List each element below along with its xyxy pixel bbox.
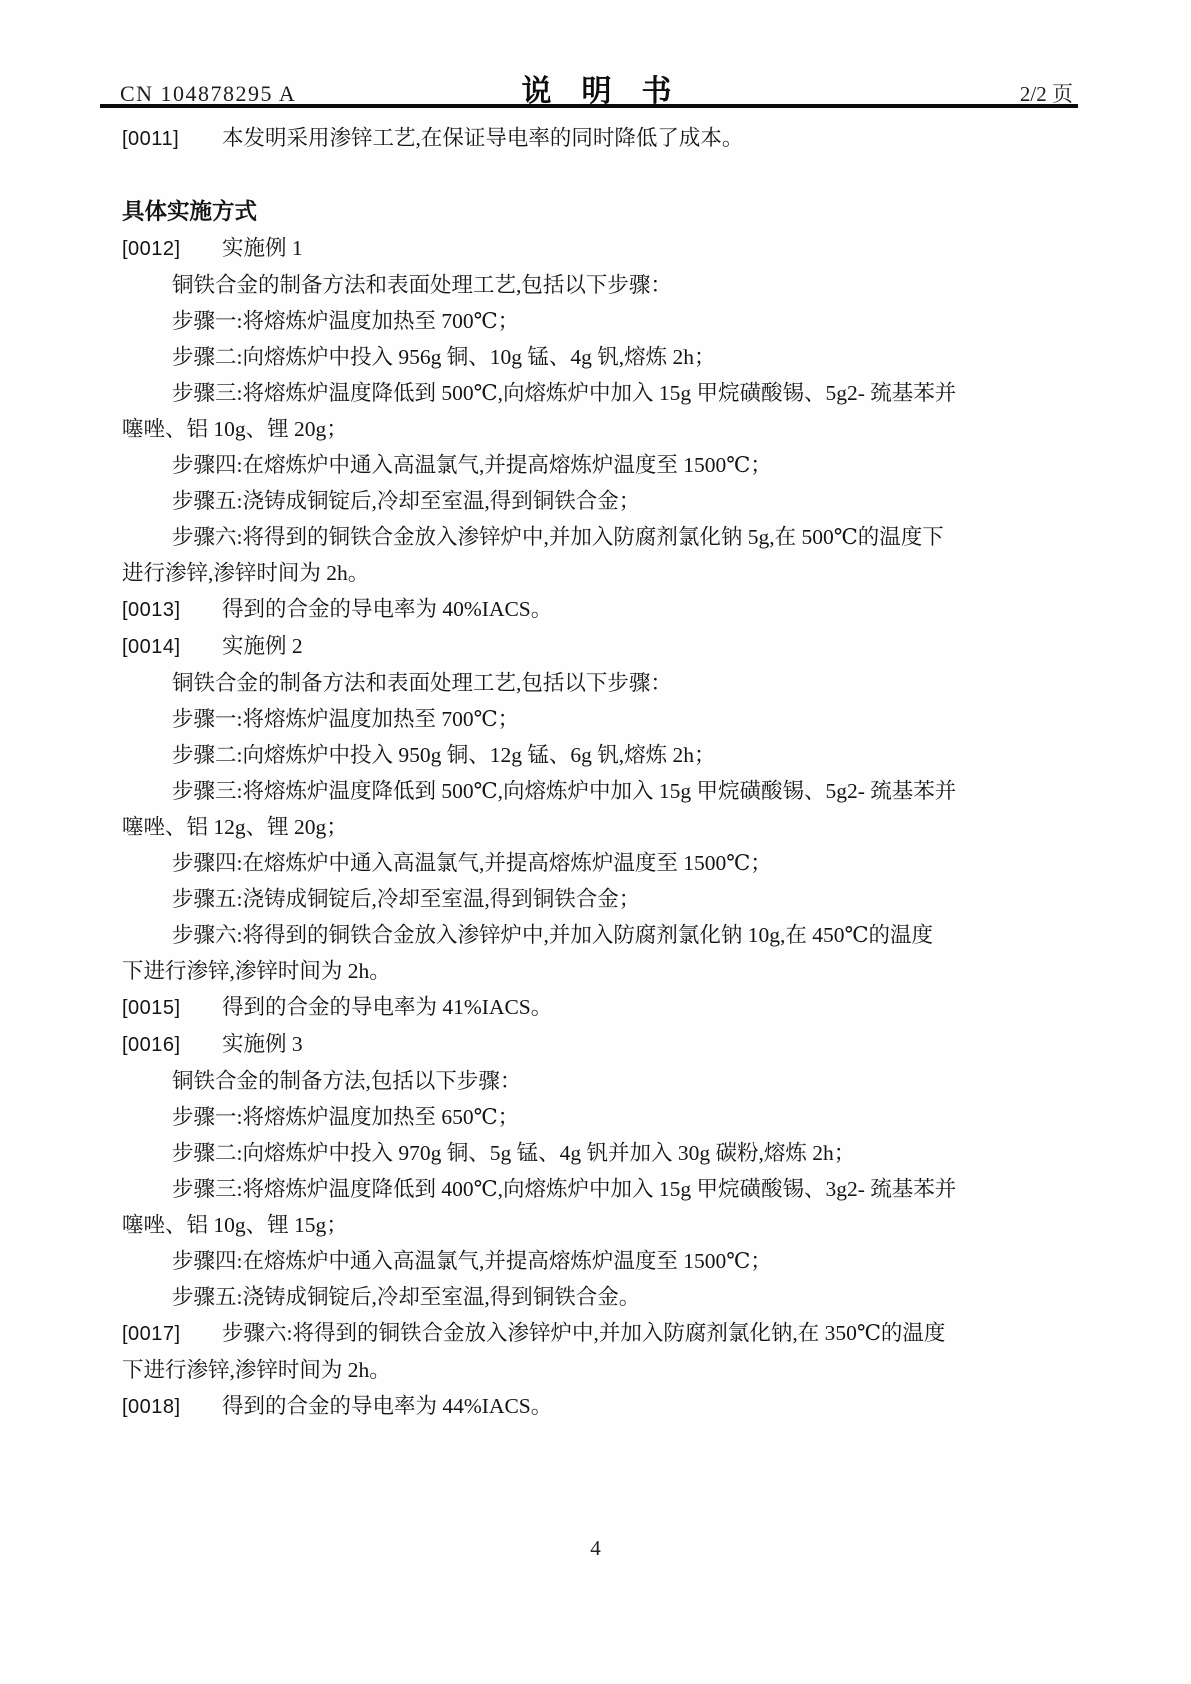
line-text: 步骤五:浇铸成铜锭后,冷却至室温,得到铜铁合金。 [172,1285,640,1309]
line-text: 步骤三:将熔炼炉温度降低到 500℃,向熔炼炉中加入 15g 甲烷磺酸锡、5g2… [172,779,956,803]
text-line: 下进行渗锌,渗锌时间为 2h。 [122,1352,1077,1388]
line-text: 步骤二:向熔炼炉中投入 970g 铜、5g 锰、4g 钒并加入 30g 碳粉,熔… [172,1141,855,1165]
patent-page: CN 104878295 A 说 明 书 2/2 页 [0011]本发明采用渗锌… [0,0,1191,1684]
text-line: 步骤六:将得到的铜铁合金放入渗锌炉中,并加入防腐剂氯化钠 10g,在 450℃的… [122,917,1077,953]
line-text: 步骤四:在熔炼炉中通入高温氯气,并提高熔炼炉温度至 1500℃； [172,851,772,875]
text-line: [0012]实施例 1 [122,230,1077,267]
text-line: 步骤四:在熔炼炉中通入高温氯气,并提高熔炼炉温度至 1500℃； [122,845,1077,881]
text-line: 步骤四:在熔炼炉中通入高温氯气,并提高熔炼炉温度至 1500℃； [122,447,1077,483]
line-text: 步骤三:将熔炼炉温度降低到 400℃,向熔炼炉中加入 15g 甲烷磺酸锡、3g2… [172,1177,956,1201]
line-text: 得到的合金的导电率为 44%IACS。 [222,1394,552,1418]
line-text: 步骤一:将熔炼炉温度加热至 700℃； [172,309,519,333]
text-line: 噻唑、铝 10g、锂 15g； [122,1207,1077,1243]
text-line: 下进行渗锌,渗锌时间为 2h。 [122,953,1077,989]
text-line: 步骤五:浇铸成铜锭后,冷却至室温,得到铜铁合金； [122,483,1077,519]
paragraph-number: [0013] [122,592,222,628]
text-line: 步骤二:向熔炼炉中投入 956g 铜、10g 锰、4g 钒,熔炼 2h； [122,339,1077,375]
line-text: 步骤一:将熔炼炉温度加热至 650℃； [172,1105,519,1129]
line-text: 铜铁合金的制备方法,包括以下步骤： [172,1069,521,1093]
line-text: 得到的合金的导电率为 40%IACS。 [222,597,552,621]
paragraph-number: [0017] [122,1316,222,1352]
text-line: 铜铁合金的制备方法和表面处理工艺,包括以下步骤： [122,665,1077,701]
line-text: 噻唑、铝 10g、锂 15g； [122,1213,348,1237]
paragraph-number: [0016] [122,1027,222,1063]
line-text: 步骤二:向熔炼炉中投入 950g 铜、12g 锰、6g 钒,熔炼 2h； [172,743,715,767]
line-text: 实施例 2 [222,634,303,658]
text-line: [0017]步骤六:将得到的铜铁合金放入渗锌炉中,并加入防腐剂氯化钠,在 350… [122,1315,1077,1352]
text-line: 噻唑、铝 12g、锂 20g； [122,809,1077,845]
text-line: 步骤六:将得到的铜铁合金放入渗锌炉中,并加入防腐剂氯化钠 5g,在 500℃的温… [122,519,1077,555]
section-heading: 具体实施方式 [122,194,1077,230]
text-line: [0015]得到的合金的导电率为 41%IACS。 [122,989,1077,1026]
text-line: 铜铁合金的制备方法和表面处理工艺,包括以下步骤： [122,267,1077,303]
line-text: 噻唑、铝 10g、锂 20g； [122,417,348,441]
line-text: 下进行渗锌,渗锌时间为 2h。 [122,1358,391,1382]
text-line: 步骤二:向熔炼炉中投入 950g 铜、12g 锰、6g 钒,熔炼 2h； [122,737,1077,773]
line-text: 步骤六:将得到的铜铁合金放入渗锌炉中,并加入防腐剂氯化钠 5g,在 500℃的温… [172,525,944,549]
paragraph-number: [0018] [122,1389,222,1425]
line-text: 步骤一:将熔炼炉温度加热至 700℃； [172,707,519,731]
paragraph-number: [0012] [122,231,222,267]
paragraph-number: [0015] [122,990,222,1026]
paragraph-number: [0011] [122,121,222,157]
line-text: 本发明采用渗锌工艺,在保证导电率的同时降低了成本。 [222,126,743,150]
line-text: 噻唑、铝 12g、锂 20g； [122,815,348,839]
line-text: 铜铁合金的制备方法和表面处理工艺,包括以下步骤： [172,273,672,297]
page-number: 4 [0,1536,1191,1561]
line-text: 实施例 1 [222,236,303,260]
line-text: 步骤六:将得到的铜铁合金放入渗锌炉中,并加入防腐剂氯化钠 10g,在 450℃的… [172,923,933,947]
line-text: 得到的合金的导电率为 41%IACS。 [222,995,552,1019]
text-line: 步骤三:将熔炼炉温度降低到 400℃,向熔炼炉中加入 15g 甲烷磺酸锡、3g2… [122,1171,1077,1207]
text-line: [0016]实施例 3 [122,1026,1077,1063]
text-line: [0018]得到的合金的导电率为 44%IACS。 [122,1388,1077,1425]
line-text: 实施例 3 [222,1032,303,1056]
line-text: 步骤五:浇铸成铜锭后,冷却至室温,得到铜铁合金； [172,489,640,513]
text-line: 步骤一:将熔炼炉温度加热至 700℃； [122,303,1077,339]
line-text: 铜铁合金的制备方法和表面处理工艺,包括以下步骤： [172,671,672,695]
text-line: 步骤四:在熔炼炉中通入高温氯气,并提高熔炼炉温度至 1500℃； [122,1243,1077,1279]
text-line: 步骤五:浇铸成铜锭后,冷却至室温,得到铜铁合金。 [122,1279,1077,1315]
line-text: 具体实施方式 [122,199,257,224]
header-divider [100,104,1078,108]
text-line: [0011]本发明采用渗锌工艺,在保证导电率的同时降低了成本。 [122,120,1077,157]
text-line: 铜铁合金的制备方法,包括以下步骤： [122,1063,1077,1099]
text-line: 步骤三:将熔炼炉温度降低到 500℃,向熔炼炉中加入 15g 甲烷磺酸锡、5g2… [122,375,1077,411]
text-line: 步骤三:将熔炼炉温度降低到 500℃,向熔炼炉中加入 15g 甲烷磺酸锡、5g2… [122,773,1077,809]
line-text: 步骤四:在熔炼炉中通入高温氯气,并提高熔炼炉温度至 1500℃； [172,453,772,477]
text-line: 步骤一:将熔炼炉温度加热至 650℃； [122,1099,1077,1135]
line-text: 步骤四:在熔炼炉中通入高温氯气,并提高熔炼炉温度至 1500℃； [172,1249,772,1273]
line-text: 步骤五:浇铸成铜锭后,冷却至室温,得到铜铁合金； [172,887,640,911]
line-text: 下进行渗锌,渗锌时间为 2h。 [122,959,391,983]
text-line: 步骤五:浇铸成铜锭后,冷却至室温,得到铜铁合金； [122,881,1077,917]
line-text: 步骤三:将熔炼炉温度降低到 500℃,向熔炼炉中加入 15g 甲烷磺酸锡、5g2… [172,381,956,405]
text-line: 噻唑、铝 10g、锂 20g； [122,411,1077,447]
text-line: [0013]得到的合金的导电率为 40%IACS。 [122,591,1077,628]
line-text: 步骤二:向熔炼炉中投入 956g 铜、10g 锰、4g 钒,熔炼 2h； [172,345,715,369]
document-body: [0011]本发明采用渗锌工艺,在保证导电率的同时降低了成本。具体实施方式[00… [122,112,1077,1425]
text-line: 步骤一:将熔炼炉温度加热至 700℃； [122,701,1077,737]
text-line: 步骤二:向熔炼炉中投入 970g 铜、5g 锰、4g 钒并加入 30g 碳粉,熔… [122,1135,1077,1171]
line-text: 进行渗锌,渗锌时间为 2h。 [122,561,369,585]
line-text: 步骤六:将得到的铜铁合金放入渗锌炉中,并加入防腐剂氯化钠,在 350℃的温度 [222,1321,945,1345]
paragraph-number: [0014] [122,629,222,665]
text-line: [0014]实施例 2 [122,628,1077,665]
text-line: 进行渗锌,渗锌时间为 2h。 [122,555,1077,591]
